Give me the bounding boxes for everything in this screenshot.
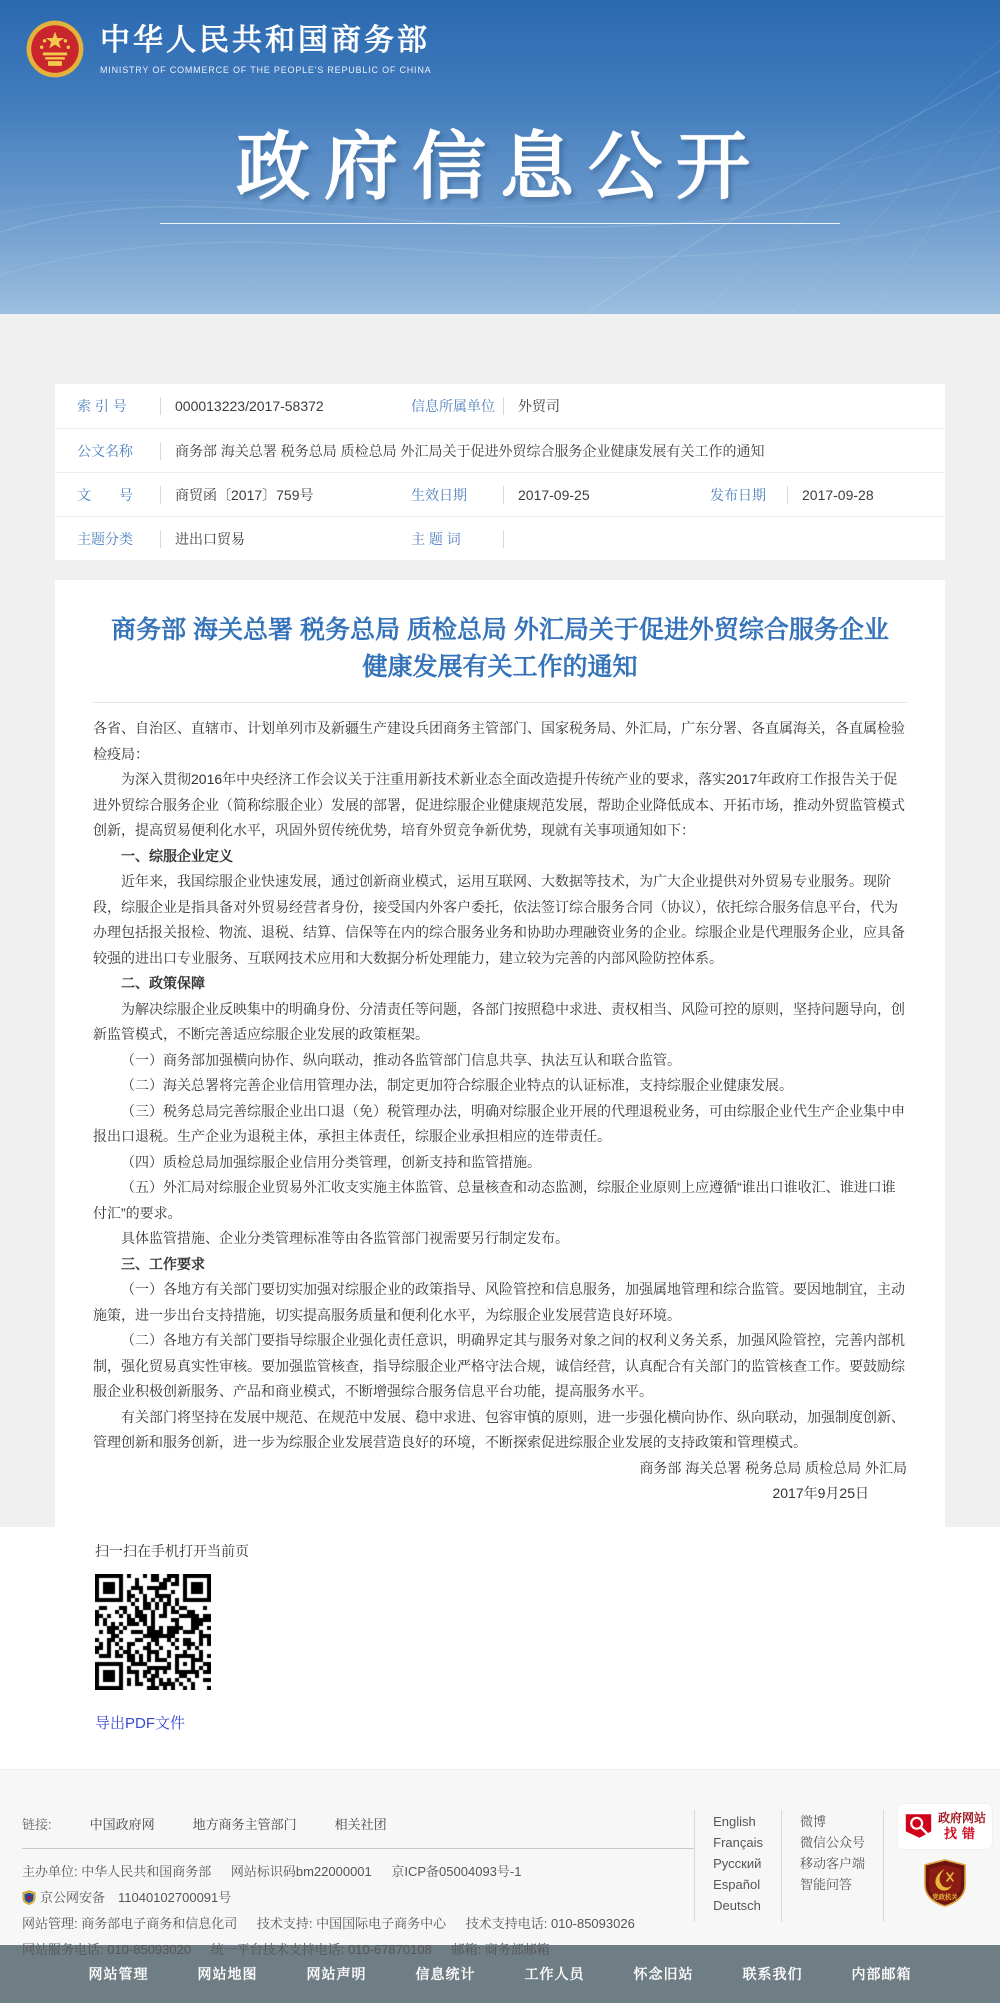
meta-row-category: 主题分类 进出口贸易 主 题 词 — [55, 516, 945, 560]
doc-block-para: （四）质检总局加强综服企业信用分类管理，创新支持和监管措施。 — [93, 1150, 907, 1176]
footer-divider — [22, 1848, 694, 1849]
footer: 链接: 中国政府网地方商务主管部门相关社团 主办单位: 中华人民共和国商务部 网… — [0, 1769, 1000, 1945]
links-label: 链接: — [22, 1814, 52, 1833]
title-underline — [160, 223, 840, 224]
index-label: 索 引 号 — [77, 396, 160, 416]
platform-tel-text: 统一平台技术支持电话: 010-67870108 — [211, 1942, 432, 1957]
category-label: 主题分类 — [77, 529, 160, 549]
security-record[interactable]: 京公网安备 11040102700091号 — [22, 1890, 231, 1905]
sponsor-text: 主办单位: 中华人民共和国商务部 — [22, 1864, 211, 1879]
footer-services: 微博微信公众号移动客户端智能问答 — [781, 1810, 884, 1922]
error-badge-line2: 找错 — [938, 1826, 986, 1841]
footer-right: EnglishFrançaisРусскийEspañolDeutsch 微博微… — [694, 1810, 992, 1922]
footer-info-line-1: 主办单位: 中华人民共和国商务部 网站标识码bm22000001 京ICP备05… — [22, 1859, 712, 1911]
doc-block-heading: 一、综服企业定义 — [93, 844, 907, 870]
language-link[interactable]: English — [713, 1812, 763, 1832]
doc-block-para: （五）外汇局对综服企业贸易外汇收支实施主体监管、总量核查和动态监测，综服企业原则… — [93, 1175, 907, 1226]
doc-block-para: 为深入贯彻2016年中央经济工作会议关于注重用新技术新业态全面改造提升传统产业的… — [93, 767, 907, 844]
publish-date-label: 发布日期 — [710, 485, 787, 505]
doc-block-para: 具体监管措施、企业分类管理标准等由各监管部门视需要另行制定发布。 — [93, 1226, 907, 1252]
bottom-nav-item[interactable]: 内部邮箱 — [852, 1964, 912, 1984]
bottom-nav-item[interactable]: 网站管理 — [89, 1964, 149, 1984]
doc-block-date: 2017年9月25日 — [93, 1481, 907, 1507]
export-pdf-link[interactable]: 导出PDF文件 — [95, 1712, 185, 1733]
doc-block-heading: 二、政策保障 — [93, 971, 907, 997]
error-report-magnifier-icon — [904, 1811, 933, 1841]
doc-block-signature: 商务部 海关总署 税务总局 质检总局 外汇局 — [93, 1456, 907, 1482]
doc-block-para: （二）海关总署将完善企业信用管理办法，制定更加符合综服企业特点的认证标准，支持综… — [93, 1073, 907, 1099]
document-body: 各省、自治区、直辖市、计划单列市及新疆生产建设兵团商务主管部门、国家税务局、外汇… — [93, 716, 907, 1507]
service-link[interactable]: 智能问答 — [800, 1875, 865, 1895]
ministry-name-cn: 中华人民共和国商务部 — [100, 24, 431, 58]
bottom-nav-item[interactable]: 工作人员 — [525, 1964, 585, 1984]
footer-info: 主办单位: 中华人民共和国商务部 网站标识码bm22000001 京ICP备05… — [22, 1859, 712, 1963]
document-meta-card: 索 引 号 000013223/2017-58372 信息所属单位 外贸司 公文… — [55, 384, 945, 560]
bottom-nav-item[interactable]: 网站声明 — [307, 1964, 367, 1984]
index-value: 000013223/2017-58372 — [161, 398, 411, 414]
tech-support-text: 技术支持: 中国国际电子商务中心 — [257, 1916, 446, 1931]
divider — [503, 530, 504, 548]
doc-block-para: （二）各地方有关部门要指导综服企业强化责任意识，明确界定其与服务对象之间的权利义… — [93, 1328, 907, 1405]
content-area: 索 引 号 000013223/2017-58372 信息所属单位 外贸司 公文… — [0, 314, 1000, 1527]
title-rule — [93, 702, 907, 703]
document-card: 商务部 海关总署 税务总局 质检总局 外汇局关于促进外贸综合服务企业健康发展有关… — [55, 580, 945, 1527]
ministry-name-en: MINISTRY OF COMMERCE OF THE PEOPLE'S REP… — [100, 65, 431, 75]
footer-badges: 政府网站 找错 党政机关 — [884, 1804, 992, 1907]
meta-row-doc-no: 文 号 商贸函〔2017〕759号 生效日期 2017-09-25 发布日期 2… — [55, 472, 945, 516]
scan-tip: 扫一扫在手机打开当前页 — [95, 1541, 1000, 1561]
footer-link[interactable]: 相关社团 — [335, 1814, 387, 1833]
page-title: 政府信息公开 — [0, 108, 1000, 214]
publish-date-value: 2017-09-28 — [788, 487, 945, 503]
site-error-report-badge[interactable]: 政府网站 找错 — [898, 1804, 992, 1849]
icp-text: 京ICP备05004093号-1 — [391, 1864, 521, 1879]
doc-block-para: 近年来，我国综服企业快速发展，通过创新商业模式，运用互联网、大数据等技术，为广大… — [93, 869, 907, 971]
bottom-nav-item[interactable]: 信息统计 — [416, 1964, 476, 1984]
doc-name-label: 公文名称 — [77, 441, 160, 461]
category-value: 进出口贸易 — [161, 529, 411, 549]
qr-code — [95, 1574, 211, 1690]
doc-block-para: （一）商务部加强横向协作、纵向联动，推动各监管部门信息共享、执法互认和联合监管。 — [93, 1048, 907, 1074]
bottom-nav-item[interactable]: 联系我们 — [743, 1964, 803, 1984]
doc-block-heading: 三、工作要求 — [93, 1252, 907, 1278]
language-link[interactable]: Français — [713, 1833, 763, 1853]
doc-name-value: 商务部 海关总署 税务总局 质检总局 外汇局关于促进外贸综合服务企业健康发展有关… — [161, 441, 945, 461]
site-manage-text: 网站管理: 商务部电子商务和信息化司 — [22, 1916, 237, 1931]
doc-block-para: （一）各地方有关部门要切实加强对综服企业的政策指导、风险管控和信息服务，加强属地… — [93, 1277, 907, 1328]
meta-row-index: 索 引 号 000013223/2017-58372 信息所属单位 外贸司 — [55, 384, 945, 428]
meta-row-doc-name: 公文名称 商务部 海关总署 税务总局 质检总局 外汇局关于促进外贸综合服务企业健… — [55, 428, 945, 472]
security-record-text: 京公网安备 11040102700091号 — [40, 1890, 231, 1905]
public-security-badge-icon — [22, 1890, 36, 1905]
doc-block-para: 为解决综服企业反映集中的明确身份、分清责任等问题，各部门按照稳中求进、责权相当、… — [93, 997, 907, 1048]
bottom-nav-item[interactable]: 怀念旧站 — [634, 1964, 694, 1984]
footer-info-line-2: 网站管理: 商务部电子商务和信息化司 技术支持: 中国国际电子商务中心 技术支持… — [22, 1911, 712, 1937]
language-link[interactable]: Español — [713, 1875, 763, 1895]
tech-tel-text: 技术支持电话: 010-85093026 — [466, 1916, 635, 1931]
site-header: 中华人民共和国商务部 MINISTRY OF COMMERCE OF THE P… — [0, 0, 1000, 314]
party-government-badge[interactable]: 党政机关 — [923, 1859, 967, 1907]
footer-links: 中国政府网地方商务主管部门相关社团 — [90, 1814, 387, 1833]
unit-label: 信息所属单位 — [411, 396, 503, 416]
footer-languages: EnglishFrançaisРусскийEspañolDeutsch — [694, 1810, 781, 1922]
service-tel-text: 网站服务电话: 010-85093020 — [22, 1942, 191, 1957]
language-link[interactable]: Русский — [713, 1854, 763, 1874]
unit-value: 外贸司 — [504, 396, 945, 416]
footer-link[interactable]: 中国政府网 — [90, 1814, 155, 1833]
service-link[interactable]: 微信公众号 — [800, 1833, 865, 1853]
bottom-nav-item[interactable]: 网站地图 — [198, 1964, 258, 1984]
language-link[interactable]: Deutsch — [713, 1896, 763, 1916]
error-badge-line1: 政府网站 — [938, 1811, 986, 1826]
service-link[interactable]: 移动客户端 — [800, 1854, 865, 1874]
doc-block-address: 各省、自治区、直辖市、计划单列市及新疆生产建设兵团商务主管部门、国家税务局、外汇… — [93, 716, 907, 767]
footer-links-row: 链接: 中国政府网地方商务主管部门相关社团 — [22, 1770, 694, 1833]
document-title: 商务部 海关总署 税务总局 质检总局 外汇局关于促进外贸综合服务企业健康发展有关… — [105, 612, 895, 686]
service-link[interactable]: 微博 — [800, 1812, 865, 1832]
share-section: 扫一扫在手机打开当前页 导出PDF文件 — [0, 1527, 1000, 1769]
party-badge-label: 党政机关 — [932, 1892, 958, 1901]
effective-date-value: 2017-09-25 — [504, 487, 710, 503]
effective-date-label: 生效日期 — [411, 485, 503, 505]
mail-text: 邮箱: 商务部邮箱 — [451, 1942, 549, 1957]
brand: 中华人民共和国商务部 MINISTRY OF COMMERCE OF THE P… — [26, 20, 431, 78]
national-emblem-icon — [26, 20, 84, 78]
doc-no-value: 商贸函〔2017〕759号 — [161, 485, 411, 505]
doc-block-para: （三）税务总局完善综服企业出口退（免）税管理办法，明确对综服企业开展的代理退税业… — [93, 1099, 907, 1150]
footer-link[interactable]: 地方商务主管部门 — [193, 1814, 297, 1833]
doc-no-label: 文 号 — [77, 485, 160, 505]
keywords-label: 主 题 词 — [411, 529, 503, 549]
footer-info-line-3: 网站服务电话: 010-85093020 统一平台技术支持电话: 010-678… — [22, 1937, 712, 1963]
site-code-text: 网站标识码bm22000001 — [231, 1864, 372, 1879]
doc-block-para: 有关部门将坚持在发展中规范、在规范中发展、稳中求进、包容审慎的原则，进一步强化横… — [93, 1405, 907, 1456]
